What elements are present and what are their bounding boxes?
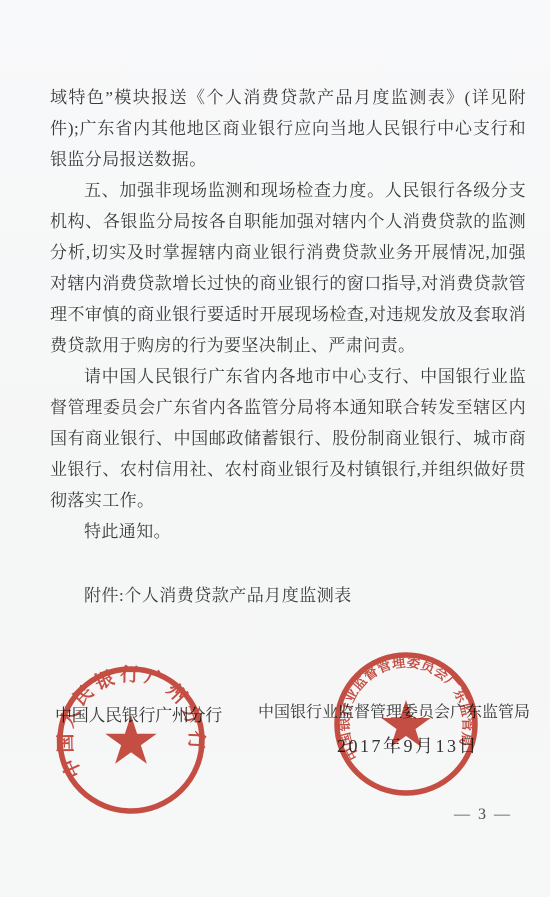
paragraph-item-5: 五、加强非现场监测和现场检查力度。人民银行各级分支机构、各银监分局按各自职能加强… xyxy=(50,175,526,361)
document-page: 域特色”模块报送《个人消费贷款产品月度监测表》(详见附件);广东省内其他地区商业… xyxy=(0,0,550,897)
paragraph-closing: 特此通知。 xyxy=(50,516,526,547)
paragraph-forwarding: 请中国人民银行广东省内各地市中心支行、中国银行业监督管理委员会广东省内各监管分局… xyxy=(50,361,526,516)
attachment-line: 附件:个人消费贷款产品月度监测表 xyxy=(84,581,352,606)
official-seal-cbrc-icon: 中国银行业监督管理委员会广东监管局 xyxy=(330,648,482,800)
paragraph-continuation: 域特色”模块报送《个人消费贷款产品月度监测表》(详见附件);广东省内其他地区商业… xyxy=(50,82,526,175)
seal-star-icon xyxy=(381,700,430,747)
seal-star-icon xyxy=(105,715,156,764)
official-seal-pboc-icon: 中国人民银行广州分行 xyxy=(53,662,209,818)
page-number: — 3 — xyxy=(454,806,512,824)
document-body: 域特色”模块报送《个人消费贷款产品月度监测表》(详见附件);广东省内其他地区商业… xyxy=(50,82,526,547)
